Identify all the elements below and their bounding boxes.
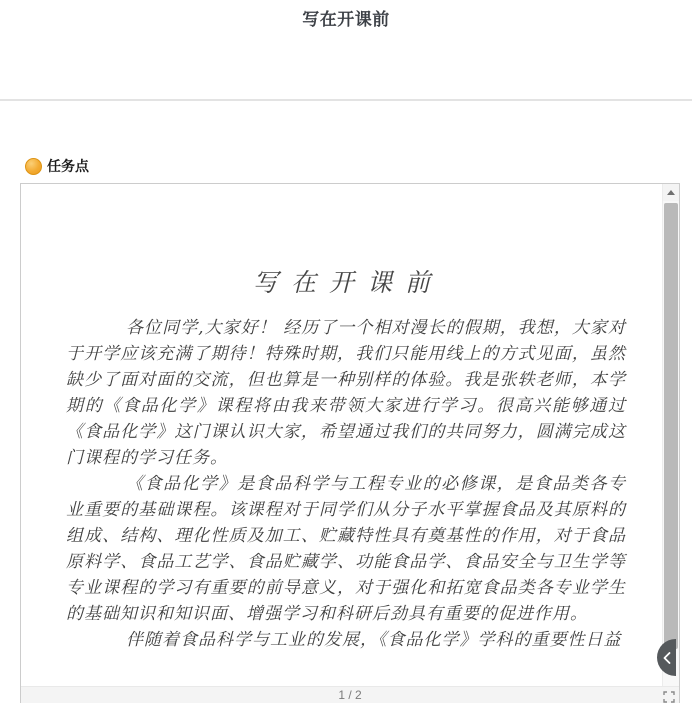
- document-viewer: 写在开课前 各位同学,大家好！ 经历了一个相对漫长的假期，我想，大家对于开学应该…: [20, 183, 680, 703]
- page: 写在开课前 任务点 写在开课前 各位同学,大家好！ 经历了一个相对漫长的假期，我…: [0, 0, 692, 703]
- header-divider: [0, 99, 692, 101]
- page-header: 写在开课前: [0, 0, 692, 100]
- page-title: 写在开课前: [0, 5, 692, 30]
- task-point-label: 任务点: [47, 156, 89, 176]
- doc-paragraph: 各位同学,大家好！ 经历了一个相对漫长的假期，我想，大家对于开学应该充满了期待！…: [66, 315, 626, 471]
- viewer-footer: 1 / 2: [21, 686, 679, 703]
- task-point-indicator: 任务点: [25, 156, 89, 176]
- chevron-left-icon: [663, 652, 671, 664]
- scroll-up-button[interactable]: [663, 184, 679, 201]
- doc-title: 写在开课前: [21, 263, 662, 299]
- fullscreen-icon: [663, 691, 675, 703]
- triangle-up-icon: [667, 190, 675, 195]
- doc-paragraph: 伴随着食品科学与工业的发展，《食品化学》学科的重要性日益: [66, 627, 626, 653]
- viewer-scrollbar[interactable]: [662, 184, 679, 686]
- page-indicator: 1 / 2: [21, 688, 679, 702]
- doc-paragraph: 《食品化学》是食品科学与工程专业的必修课，是食品类各专业重要的基础课程。该课程对…: [66, 471, 626, 627]
- fullscreen-button[interactable]: [663, 690, 675, 702]
- doc-page: 写在开课前 各位同学,大家好！ 经历了一个相对漫长的假期，我想，大家对于开学应该…: [21, 184, 662, 686]
- doc-body: 各位同学,大家好！ 经历了一个相对漫长的假期，我想，大家对于开学应该充满了期待！…: [66, 315, 626, 653]
- task-point-icon: [25, 158, 42, 175]
- scrollbar-thumb[interactable]: [664, 203, 678, 649]
